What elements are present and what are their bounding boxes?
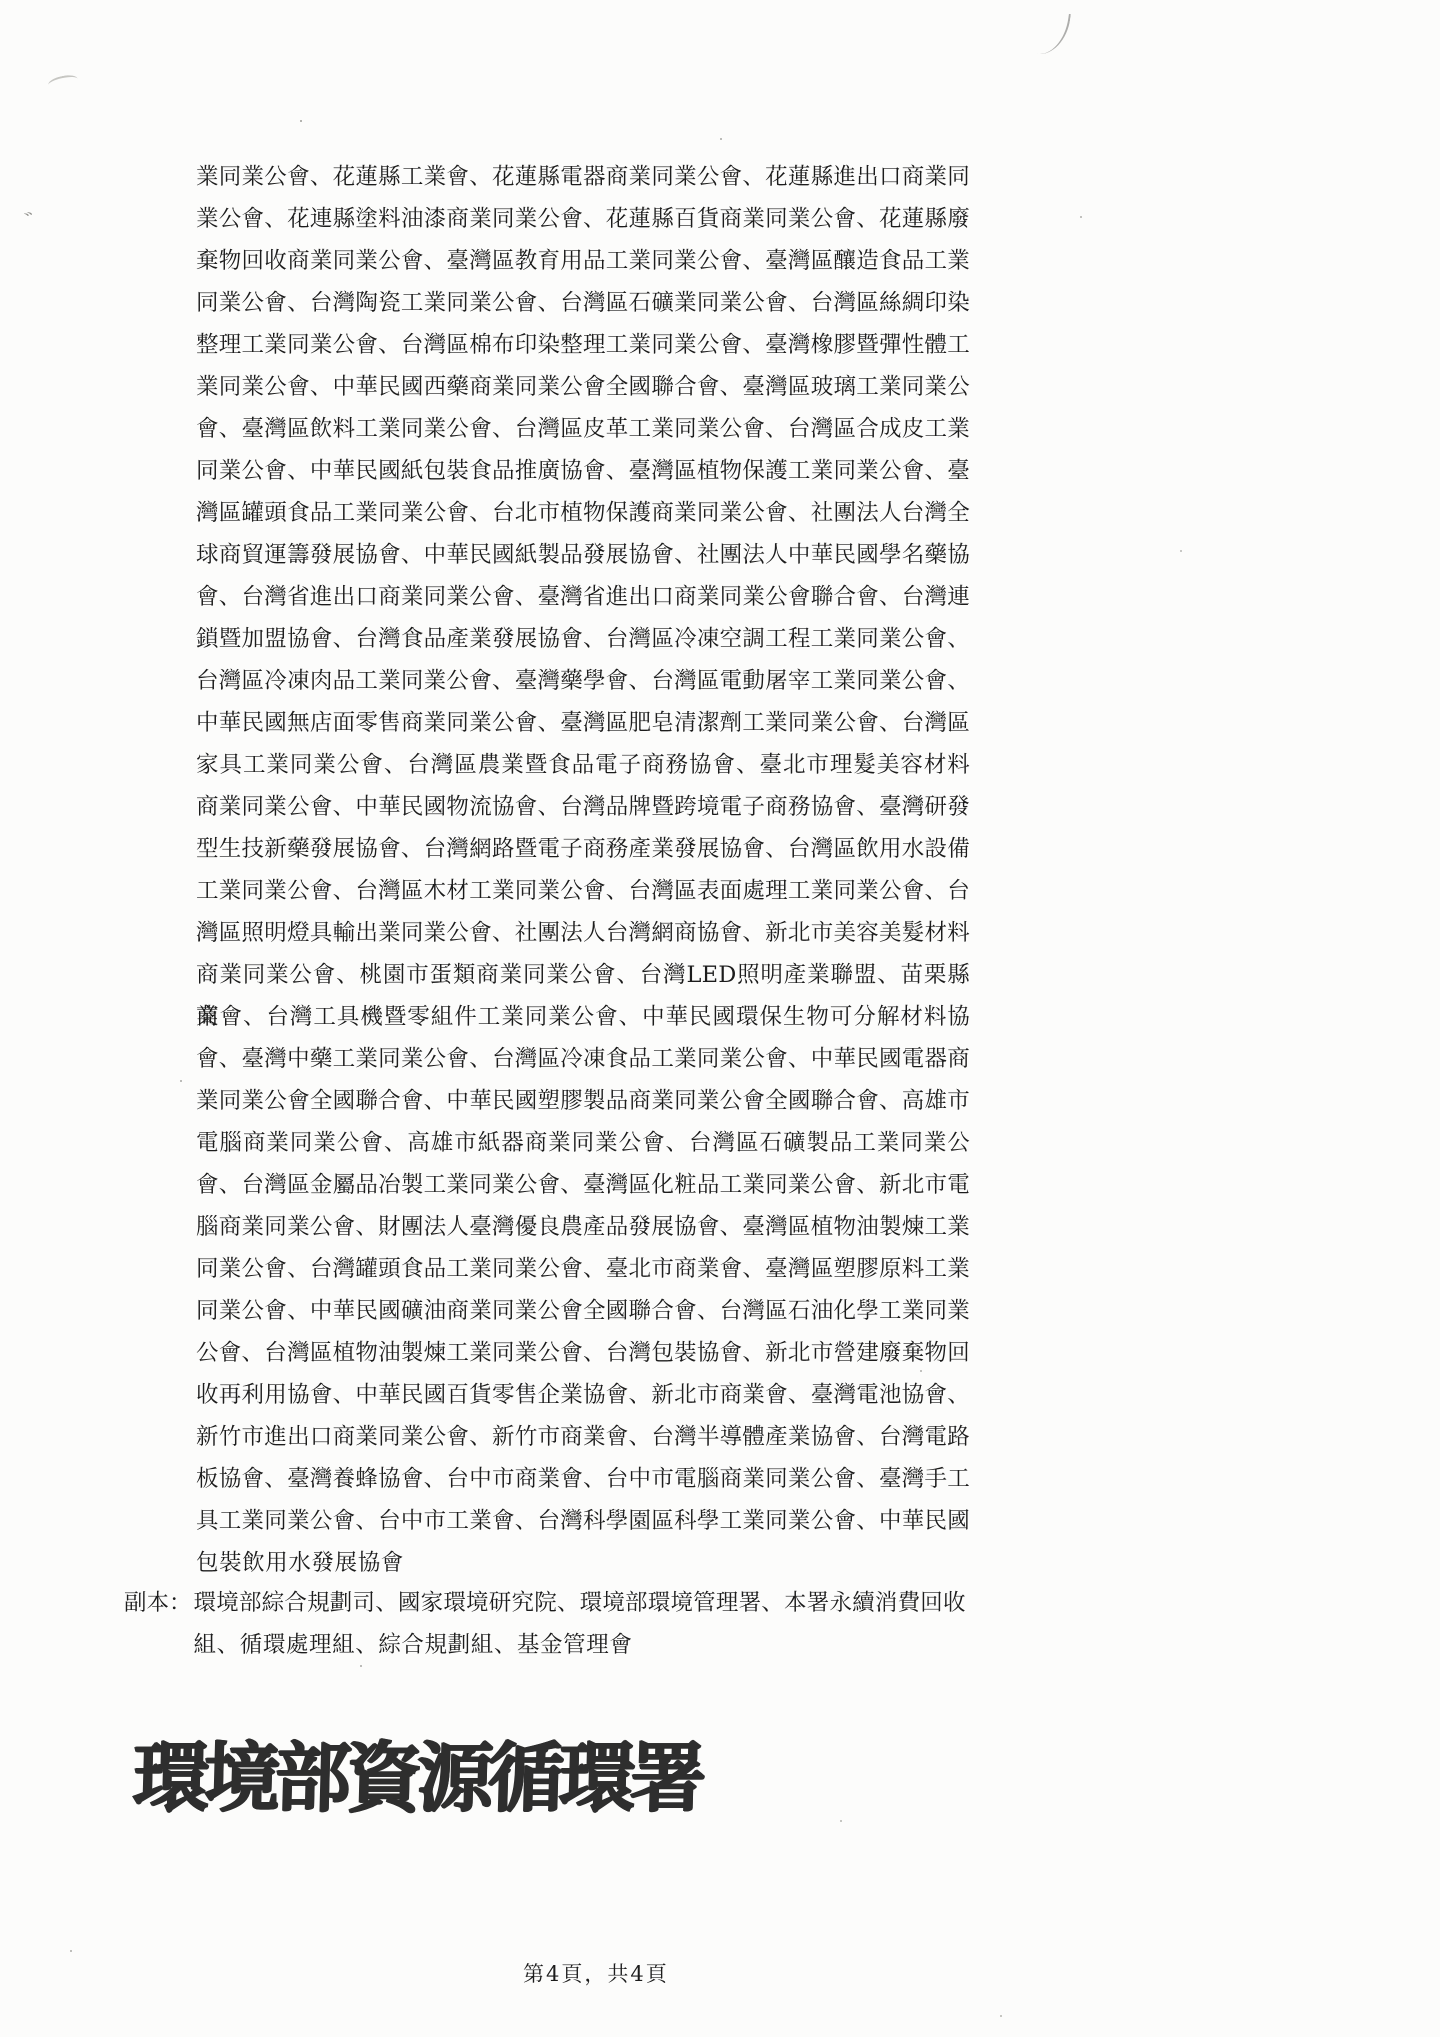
body-line: 收再利用協會、中華民國百貨零售企業協會、新北市商業會、臺灣電池協會、 <box>196 1374 970 1416</box>
copy-to-content: 環境部綜合規劃司、國家環境研究院、環境部環境管理署、本署永續消費回收 組、循環處… <box>194 1582 966 1666</box>
scan-mark-top-right <box>1037 10 1071 57</box>
body-line: 板協會、臺灣養蜂協會、台中市商業會、台中市電腦商業同業公會、臺灣手工 <box>196 1458 970 1500</box>
scan-mark-top-left <box>47 73 79 91</box>
body-line: 腦商業同業公會、財團法人臺灣優良農產品發展協會、臺灣區植物油製煉工業 <box>196 1206 970 1248</box>
body-line: 同業公會、台灣陶瓷工業同業公會、台灣區石礦業同業公會、台灣區絲綢印染 <box>196 282 970 324</box>
body-line: 家具工業同業公會、台灣區農業暨食品電子商務協會、臺北市理髮美容材料 <box>196 744 970 786</box>
copy-to-line: 組、循環處理組、綜合規劃組、基金管理會 <box>194 1624 966 1666</box>
body-line: 棄物回收商業同業公會、臺灣區教育用品工業同業公會、臺灣區釀造食品工業 <box>196 240 970 282</box>
body-line: 業同業公會全國聯合會、中華民國塑膠製品商業同業公會全國聯合會、高雄市 <box>196 1080 970 1122</box>
body-line: 商業同業公會、中華民國物流協會、台灣品牌暨跨境電子商務協會、臺灣研發 <box>196 786 970 828</box>
body-line: 球商貿運籌發展協會、中華民國紙製品發展協會、社團法人中華民國學名藥協 <box>196 534 970 576</box>
body-line: 整理工業同業公會、台灣區棉布印染整理工業同業公會、臺灣橡膠暨彈性體工 <box>196 324 970 366</box>
body-line: 型生技新藥發展協會、台灣網路暨電子商務產業發展協會、台灣區飲用水設備 <box>196 828 970 870</box>
body-line: 公會、台灣區植物油製煉工業同業公會、台灣包裝協會、新北市營建廢棄物回 <box>196 1332 970 1374</box>
body-line: 新竹市進出口商業同業公會、新竹市商業會、台灣半導體產業協會、台灣電路 <box>196 1416 970 1458</box>
body-line: 電腦商業同業公會、高雄市紙器商業同業公會、台灣區石礦製品工業同業公 <box>196 1122 970 1164</box>
document-page: 業同業公會、花蓮縣工業會、花蓮縣電器商業同業公會、花蓮縣進出口商業同業公會、花連… <box>0 0 1440 2037</box>
body-line: 業同業公會、花蓮縣工業會、花蓮縣電器商業同業公會、花蓮縣進出口商業同 <box>196 156 970 198</box>
body-line: 灣區照明燈具輸出業同業公會、社團法人台灣網商協會、新北市美容美髮材料 <box>196 912 970 954</box>
copy-to-section: 副本： 環境部綜合規劃司、國家環境研究院、環境部環境管理署、本署永續消費回收 組… <box>124 1582 966 1666</box>
body-line: 業公會、花連縣塗料油漆商業同業公會、花蓮縣百貨商業同業公會、花蓮縣廢 <box>196 198 970 240</box>
body-line: 同業公會、中華民國礦油商業同業公會全國聯合會、台灣區石油化學工業同業 <box>196 1290 970 1332</box>
copy-to-line: 環境部綜合規劃司、國家環境研究院、環境部環境管理署、本署永續消費回收 <box>194 1582 966 1624</box>
copy-to-label: 副本： <box>124 1582 192 1666</box>
body-line: 灣區罐頭食品工業同業公會、台北市植物保護商業同業公會、社團法人台灣全 <box>196 492 970 534</box>
body-line: 工業同業公會、台灣區木材工業同業公會、台灣區表面處理工業同業公會、台 <box>196 870 970 912</box>
recipient-association-list: 業同業公會、花蓮縣工業會、花蓮縣電器商業同業公會、花蓮縣進出口商業同業公會、花連… <box>196 156 970 1584</box>
body-line: 台灣區冷凍肉品工業同業公會、臺灣藥學會、台灣區電動屠宰工業同業公會、 <box>196 660 970 702</box>
body-line: 同業公會、中華民國紙包裝食品推廣協會、臺灣區植物保護工業同業公會、臺 <box>196 450 970 492</box>
body-line: 會、臺灣區飲料工業同業公會、台灣區皮革工業同業公會、台灣區合成皮工業 <box>196 408 970 450</box>
body-line: 會、台灣省進出口商業同業公會、臺灣省進出口商業同業公會聯合會、台灣連 <box>196 576 970 618</box>
page-number: 第4頁，共4頁 <box>523 1958 669 1988</box>
body-line: 業會、台灣工具機暨零組件工業同業公會、中華民國環保生物可分解材料協 <box>196 996 970 1038</box>
body-line: 同業公會、台灣罐頭食品工業同業公會、臺北市商業會、臺灣區塑膠原料工業 <box>196 1248 970 1290</box>
body-line: 包裝飲用水發展協會 <box>196 1542 970 1584</box>
body-line: 業同業公會、中華民國西藥商業同業公會全國聯合會、臺灣區玻璃工業同業公 <box>196 366 970 408</box>
body-line: 會、台灣區金屬品冶製工業同業公會、臺灣區化粧品工業同業公會、新北市電 <box>196 1164 970 1206</box>
body-line: 具工業同業公會、台中市工業會、台灣科學園區科學工業同業公會、中華民國 <box>196 1500 970 1542</box>
body-line: 鎖暨加盟協會、台灣食品產業發展協會、台灣區冷凍空調工程工業同業公會、 <box>196 618 970 660</box>
scan-noise-specks <box>300 120 302 122</box>
agency-stamp: 環境部資源循環署 <box>132 1726 703 1830</box>
scan-mark-left-margin: 、、 <box>19 196 40 221</box>
body-line: 商業同業公會、桃園市蛋類商業同業公會、台灣LED照明產業聯盟、苗栗縣商 <box>196 954 970 996</box>
body-line: 會、臺灣中藥工業同業公會、台灣區冷凍食品工業同業公會、中華民國電器商 <box>196 1038 970 1080</box>
body-line: 中華民國無店面零售商業同業公會、臺灣區肥皂清潔劑工業同業公會、台灣區 <box>196 702 970 744</box>
